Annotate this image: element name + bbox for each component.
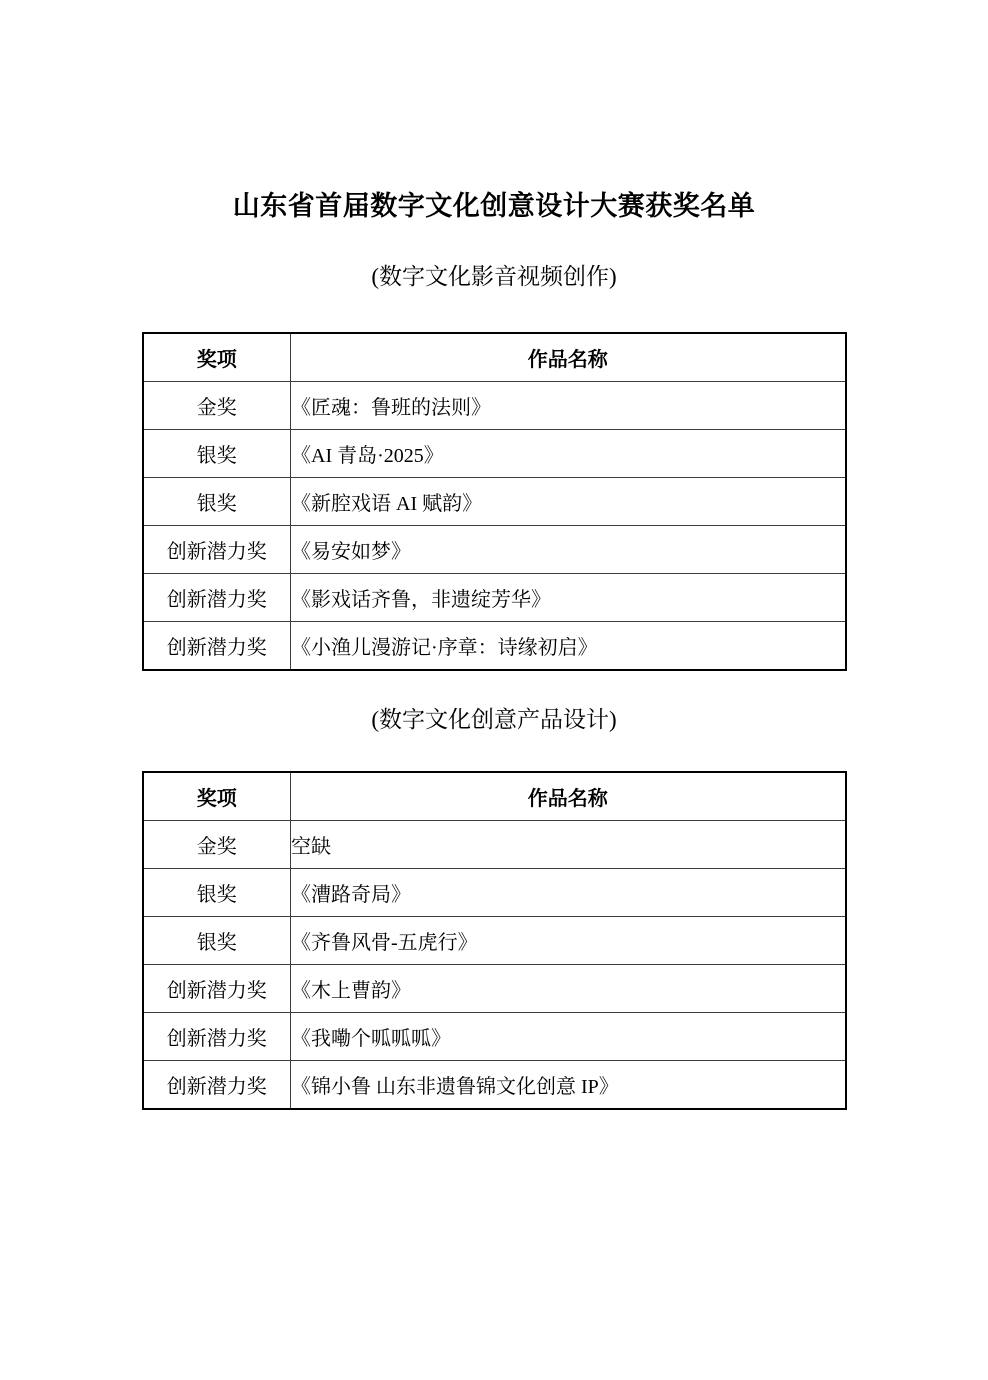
work-column-header: 作品名称 — [291, 333, 846, 382]
award-cell: 创新潜力奖 — [143, 1061, 291, 1110]
work-cell: 《易安如梦》 — [291, 526, 846, 574]
work-cell: 《漕路奇局》 — [291, 869, 846, 917]
document-page: { "page": { "title": "山东省首届数字文化创意设计大赛获奖名… — [0, 0, 988, 1380]
table-row: 创新潜力奖 《易安如梦》 — [143, 526, 846, 574]
award-cell: 金奖 — [143, 382, 291, 430]
table-header-row: 奖项 作品名称 — [143, 772, 846, 821]
work-cell: 《齐鲁风骨-五虎行》 — [291, 917, 846, 965]
section-1-subtitle: (数字文化影音视频创作) — [0, 265, 988, 289]
award-cell: 银奖 — [143, 478, 291, 526]
work-cell: 《小渔儿漫游记·序章：诗缘初启》 — [291, 622, 846, 671]
document-body: 山东省首届数字文化创意设计大赛获奖名单 (数字文化影音视频创作) 奖项 作品名称… — [0, 0, 988, 1380]
award-cell: 金奖 — [143, 821, 291, 869]
section-2-subtitle: (数字文化创意产品设计) — [0, 708, 988, 732]
table-row: 金奖 空缺 — [143, 821, 846, 869]
table-row: 银奖 《AI 青岛·2025》 — [143, 430, 846, 478]
award-cell: 创新潜力奖 — [143, 526, 291, 574]
award-cell: 创新潜力奖 — [143, 1013, 291, 1061]
table-row: 金奖 《匠魂：鲁班的法则》 — [143, 382, 846, 430]
work-cell: 空缺 — [291, 821, 846, 869]
award-column-header: 奖项 — [143, 333, 291, 382]
award-cell: 创新潜力奖 — [143, 965, 291, 1013]
work-cell: 《影戏话齐鲁，非遗绽芳华》 — [291, 574, 846, 622]
award-cell: 银奖 — [143, 430, 291, 478]
awards-table-video: 奖项 作品名称 金奖 《匠魂：鲁班的法则》 银奖 《AI 青岛·2025》 银奖… — [142, 332, 847, 671]
award-cell: 银奖 — [143, 869, 291, 917]
award-cell: 创新潜力奖 — [143, 574, 291, 622]
table-row: 创新潜力奖 《我嘞个呱呱呱》 — [143, 1013, 846, 1061]
table-header-row: 奖项 作品名称 — [143, 333, 846, 382]
table-row: 银奖 《齐鲁风骨-五虎行》 — [143, 917, 846, 965]
award-cell: 银奖 — [143, 917, 291, 965]
table-row: 银奖 《新腔戏语 AI 赋韵》 — [143, 478, 846, 526]
work-column-header: 作品名称 — [291, 772, 846, 821]
work-cell: 《锦小鲁 山东非遗鲁锦文化创意 IP》 — [291, 1061, 846, 1110]
table-row: 创新潜力奖 《锦小鲁 山东非遗鲁锦文化创意 IP》 — [143, 1061, 846, 1110]
work-cell: 《匠魂：鲁班的法则》 — [291, 382, 846, 430]
table-row: 创新潜力奖 《影戏话齐鲁，非遗绽芳华》 — [143, 574, 846, 622]
table-row: 创新潜力奖 《小渔儿漫游记·序章：诗缘初启》 — [143, 622, 846, 671]
work-cell: 《新腔戏语 AI 赋韵》 — [291, 478, 846, 526]
award-cell: 创新潜力奖 — [143, 622, 291, 671]
award-column-header: 奖项 — [143, 772, 291, 821]
awards-table-product: 奖项 作品名称 金奖 空缺 银奖 《漕路奇局》 银奖 《齐鲁风骨-五虎行》 创新… — [142, 771, 847, 1110]
table-row: 银奖 《漕路奇局》 — [143, 869, 846, 917]
work-cell: 《AI 青岛·2025》 — [291, 430, 846, 478]
work-cell: 《我嘞个呱呱呱》 — [291, 1013, 846, 1061]
page-title: 山东省首届数字文化创意设计大赛获奖名单 — [0, 192, 988, 221]
work-cell: 《木上曹韵》 — [291, 965, 846, 1013]
table-row: 创新潜力奖 《木上曹韵》 — [143, 965, 846, 1013]
